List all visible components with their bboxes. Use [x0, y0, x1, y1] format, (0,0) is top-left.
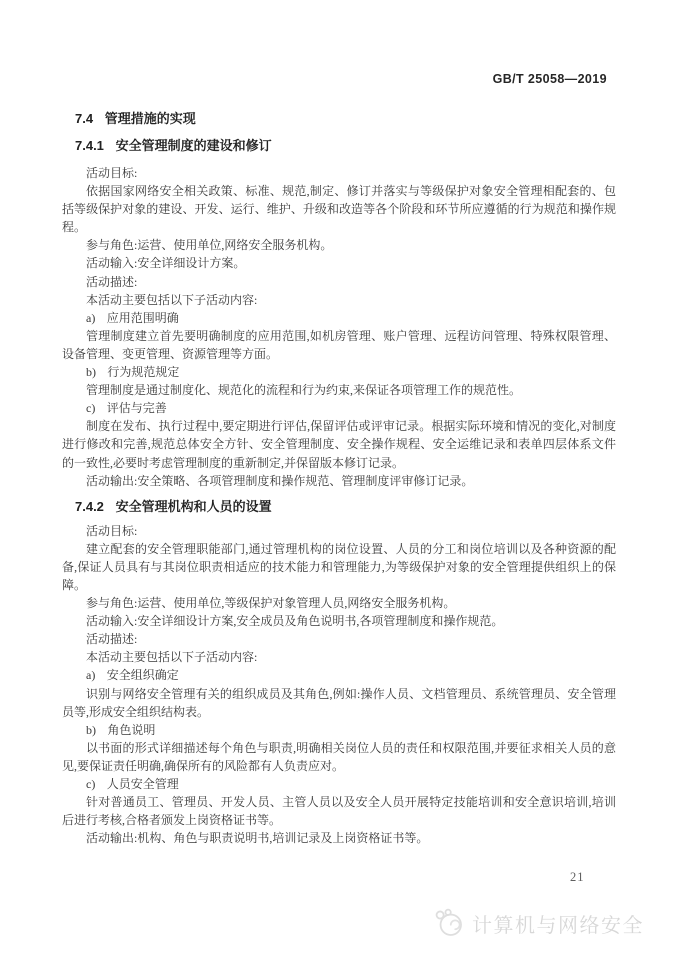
- subsection-number: 7.4.2: [75, 499, 104, 514]
- paragraph: 活动输出:机构、角色与职责说明书,培训记录及上岗资格证书等。: [62, 829, 616, 847]
- subsection-title: 安全管理机构和人员的设置: [116, 499, 272, 514]
- paragraph: 识别与网络安全管理有关的组织成员及其角色,例如:操作人员、文档管理员、系统管理员…: [62, 685, 616, 721]
- paragraph: 参与角色:运营、使用单位,等级保护对象管理人员,网络安全服务机构。: [62, 594, 616, 612]
- list-item: b)角色说明: [62, 721, 616, 739]
- paragraph: 活动输入:安全详细设计方案,安全成员及角色说明书,各项管理制度和操作规范。: [62, 612, 616, 630]
- list-marker: c): [86, 777, 95, 791]
- page-content: 7.4管理措施的实现 7.4.1安全管理制度的建设和修订 活动目标: 依据国家网…: [0, 112, 677, 847]
- list-item-label: 人员安全管理: [107, 777, 179, 791]
- list-marker: b): [86, 365, 96, 379]
- list-marker: a): [86, 311, 95, 325]
- paragraph: 活动输入:安全详细设计方案。: [62, 254, 616, 272]
- list-marker: a): [86, 668, 95, 682]
- section-number: 7.4: [75, 111, 93, 126]
- list-item: c)人员安全管理: [62, 775, 616, 793]
- list-item: a)应用范围明确: [62, 309, 616, 327]
- section-title: 管理措施的实现: [105, 111, 196, 126]
- subsection-title: 安全管理制度的建设和修订: [116, 138, 272, 153]
- paragraph: 以书面的形式详细描述每个角色与职责,明确相关岗位人员的责任和权限范围,并要征求相…: [62, 739, 616, 775]
- paragraph: 活动目标:: [62, 164, 616, 182]
- paragraph: 针对普通员工、管理员、开发人员、主管人员以及安全人员开展特定技能培训和安全意识培…: [62, 793, 616, 829]
- paragraph: 本活动主要包括以下子活动内容:: [62, 291, 616, 309]
- list-item-label: 安全组织确定: [107, 668, 179, 682]
- paragraph: 制度在发布、执行过程中,要定期进行评估,保留评估或评审记录。根据实际环境和情况的…: [62, 417, 616, 471]
- paragraph: 建立配套的安全管理职能部门,通过管理机构的岗位设置、人员的分工和岗位培训以及各种…: [62, 540, 616, 594]
- watermark: 计算机与网络安全: [433, 907, 644, 939]
- list-item-label: 应用范围明确: [107, 311, 179, 325]
- standard-number: GB/T 25058—2019: [493, 72, 607, 86]
- list-item: c)评估与完善: [62, 399, 616, 417]
- list-item: b)行为规范规定: [62, 363, 616, 381]
- watermark-logo-icon: [433, 907, 465, 939]
- list-marker: b): [86, 723, 96, 737]
- list-item: a)安全组织确定: [62, 666, 616, 684]
- paragraph: 参与角色:运营、使用单位,网络安全服务机构。: [62, 236, 616, 254]
- subsection-heading-7-4-1: 7.4.1安全管理制度的建设和修订: [75, 139, 616, 153]
- paragraph: 活动描述:: [62, 273, 616, 291]
- paragraph: 本活动主要包括以下子活动内容:: [62, 648, 616, 666]
- list-item-label: 角色说明: [107, 723, 155, 737]
- subsection-heading-7-4-2: 7.4.2安全管理机构和人员的设置: [75, 500, 616, 514]
- paragraph: 依据国家网络安全相关政策、标准、规范,制定、修订并落实与等级保护对象安全管理相配…: [62, 182, 616, 236]
- watermark-text: 计算机与网络安全: [472, 909, 644, 938]
- section-heading-7-4: 7.4管理措施的实现: [75, 112, 616, 126]
- list-item-label: 行为规范规定: [107, 365, 179, 379]
- paragraph: 活动输出:安全策略、各项管理制度和操作规范、管理制度评审修订记录。: [62, 472, 616, 490]
- page-number: 21: [570, 870, 585, 885]
- list-marker: c): [86, 401, 95, 415]
- subsection-7-4-2-body: 活动目标: 建立配套的安全管理职能部门,通过管理机构的岗位设置、人员的分工和岗位…: [62, 522, 616, 848]
- paragraph: 活动描述:: [62, 630, 616, 648]
- paragraph: 管理制度建立首先要明确制度的应用范围,如机房管理、账户管理、远程访问管理、特殊权…: [62, 327, 616, 363]
- subsection-7-4-1-body: 活动目标: 依据国家网络安全相关政策、标准、规范,制定、修订并落实与等级保护对象…: [62, 164, 616, 490]
- subsection-number: 7.4.1: [75, 138, 104, 153]
- document-page: GB/T 25058—2019 7.4管理措施的实现 7.4.1安全管理制度的建…: [0, 0, 677, 957]
- paragraph: 活动目标:: [62, 522, 616, 540]
- paragraph: 管理制度是通过制度化、规范化的流程和行为约束,来保证各项管理工作的规范性。: [62, 381, 616, 399]
- list-item-label: 评估与完善: [107, 401, 167, 415]
